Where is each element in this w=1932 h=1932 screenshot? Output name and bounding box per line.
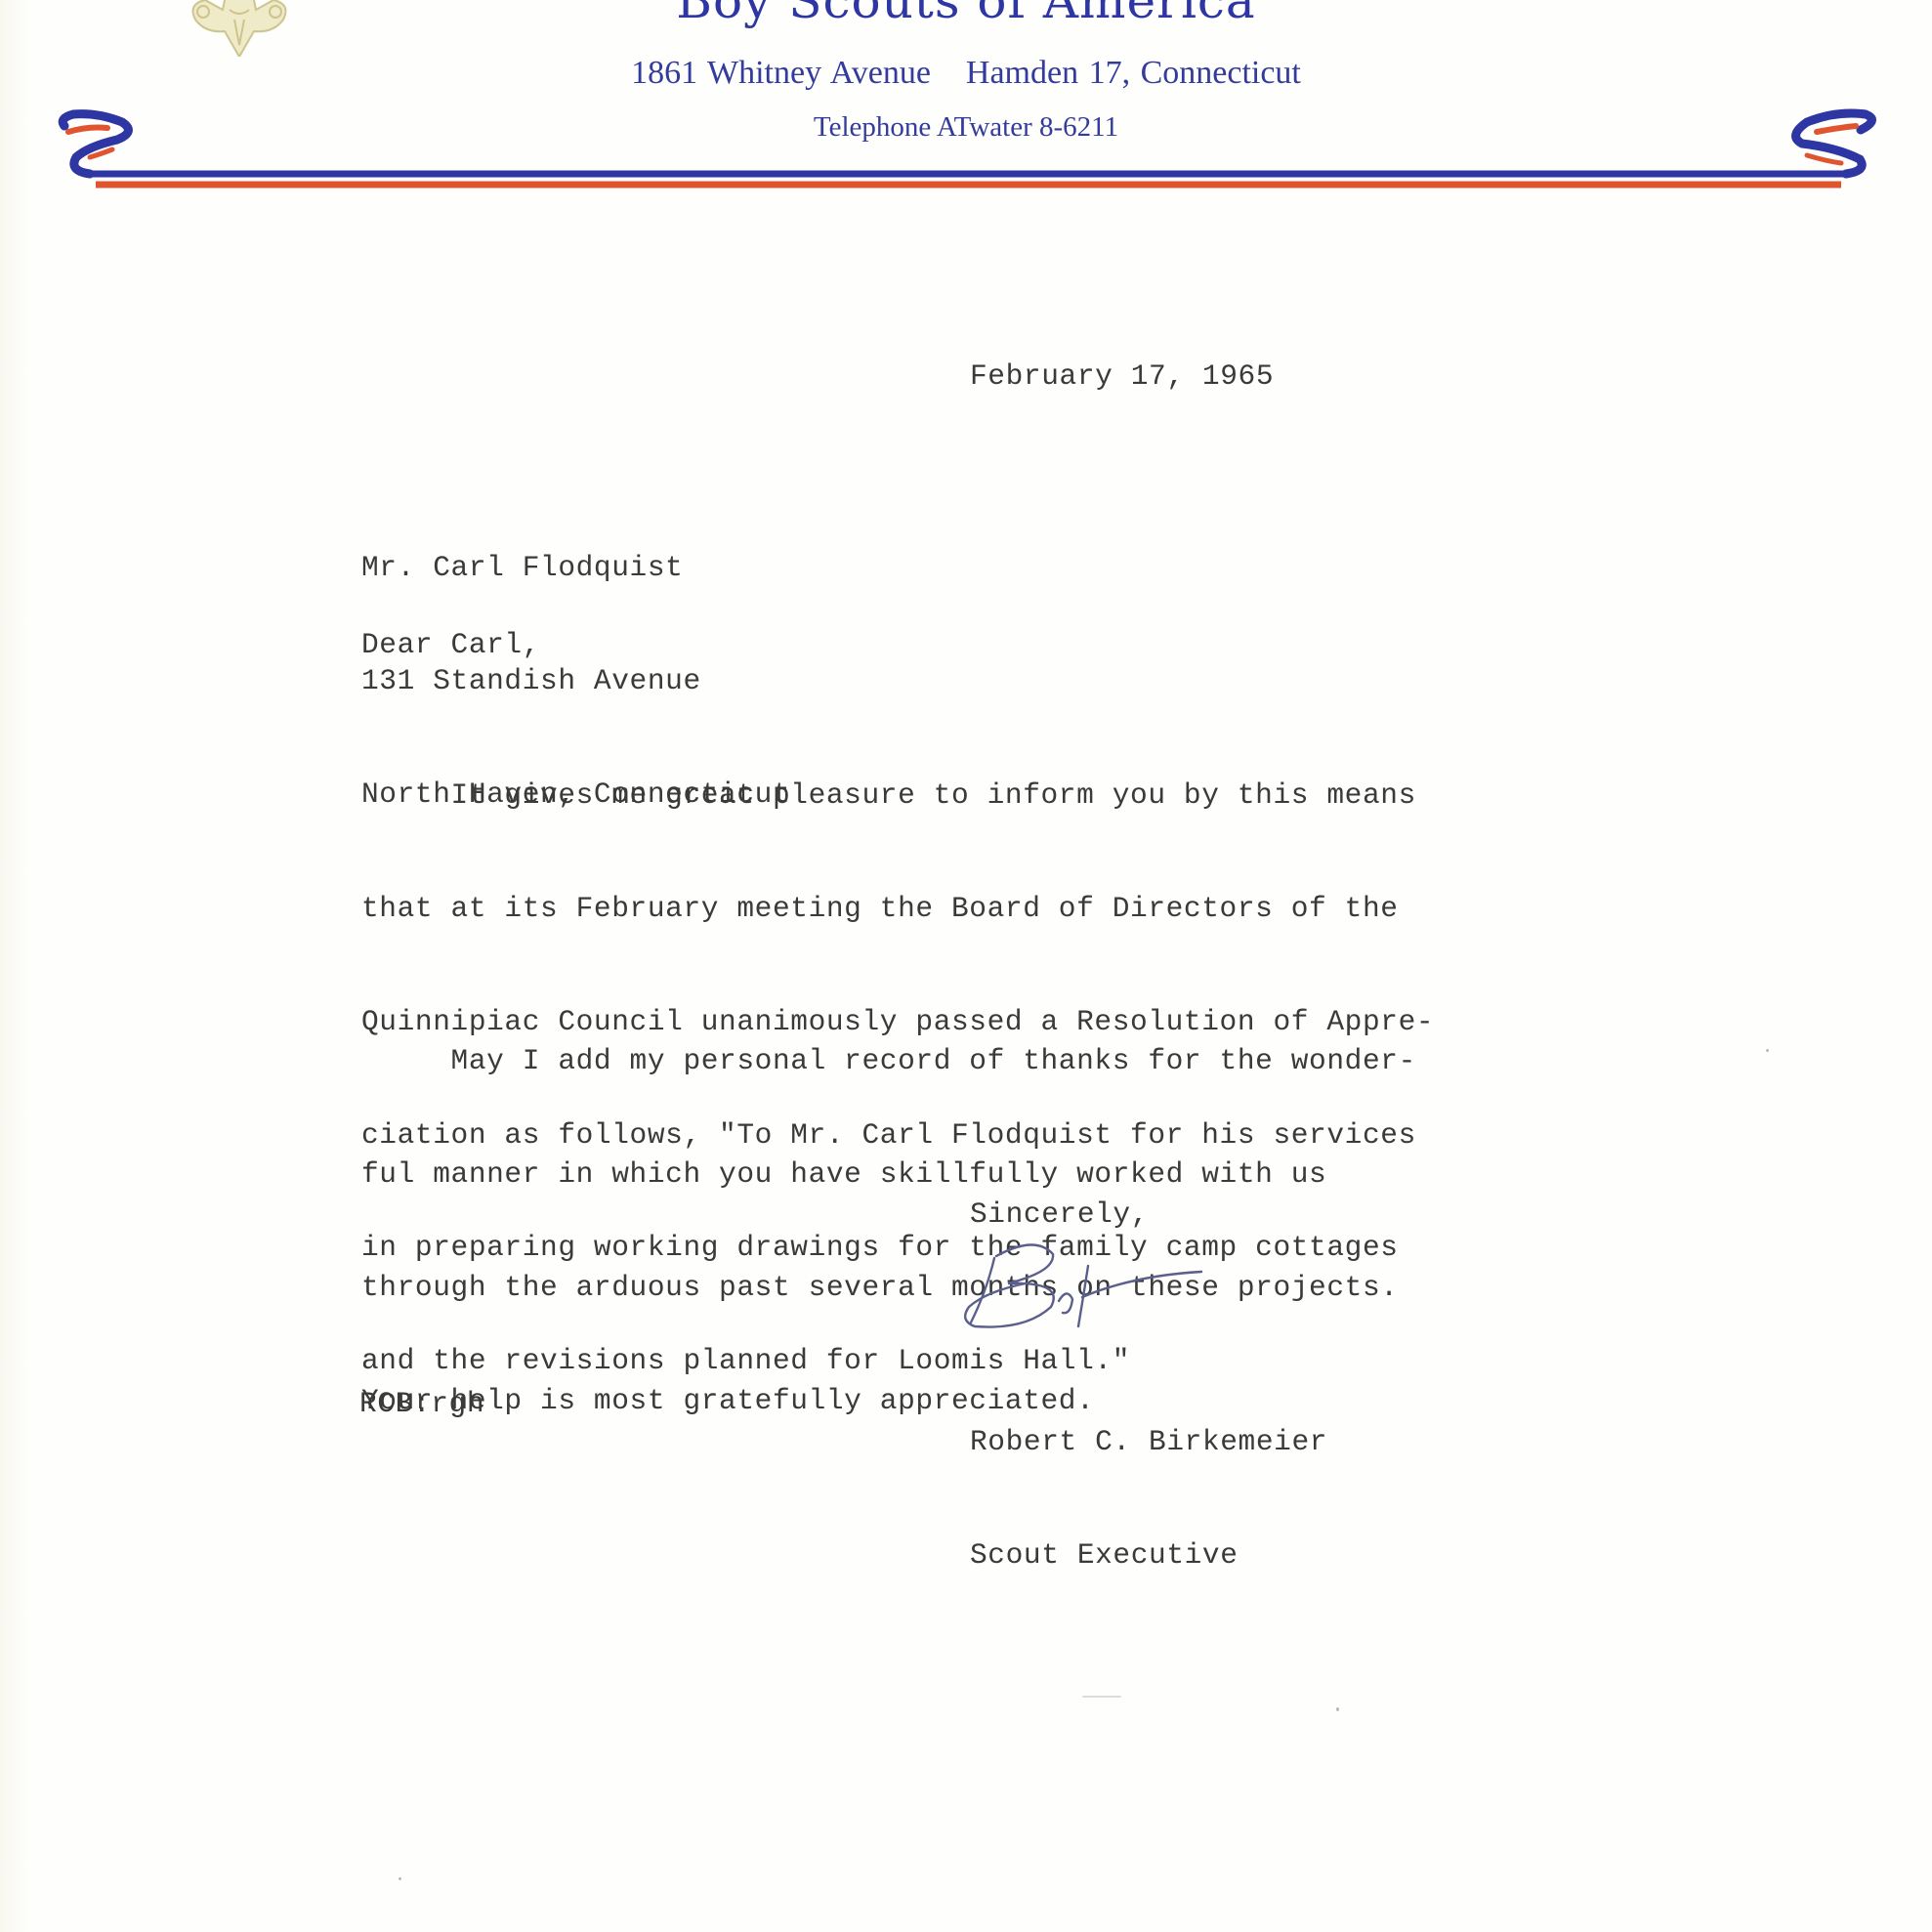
letter-date: February 17, 1965 [970, 357, 1274, 396]
handwritten-signature-icon [957, 1233, 1211, 1340]
recipient-street: 131 Standish Avenue [361, 662, 790, 700]
letterhead-address: 1861 Whitney AvenueHamden 17, Connecticu… [0, 55, 1932, 92]
signer-block: Robert C. Birkemeier Scout Executive [970, 1348, 1327, 1650]
paper-speck [1766, 1049, 1769, 1052]
letterhead-city: Hamden 17, Connecticut [966, 55, 1301, 91]
body-line: ful manner in which you have skillfully … [361, 1155, 1416, 1194]
paper-speck [399, 1877, 401, 1880]
organization-name: Boy Scouts of America [0, 0, 1932, 29]
body-line: May I add my personal record of thanks f… [361, 1042, 1416, 1080]
ribbon-divider [0, 93, 1932, 200]
body-line: through the arduous past several months … [361, 1269, 1416, 1307]
signer-title: Scout Executive [970, 1536, 1327, 1575]
closing: Sincerely, [970, 1196, 1149, 1234]
paper-speck [1336, 1707, 1339, 1711]
salutation: Dear Carl, [361, 626, 540, 664]
letterhead-street: 1861 Whitney Avenue [631, 55, 931, 91]
body-line: It gives me great pleasure to inform you… [361, 777, 1434, 815]
signer-name: Robert C. Birkemeier [970, 1423, 1327, 1461]
recipient-name: Mr. Carl Flodquist [361, 549, 790, 587]
paper-mark [1082, 1696, 1121, 1698]
letter-page: Boy Scouts of America 1861 Whitney Avenu… [0, 0, 1932, 1932]
reference-initials: RCB:rgh [359, 1385, 484, 1423]
body-line: that at its February meeting the Board o… [361, 890, 1434, 928]
